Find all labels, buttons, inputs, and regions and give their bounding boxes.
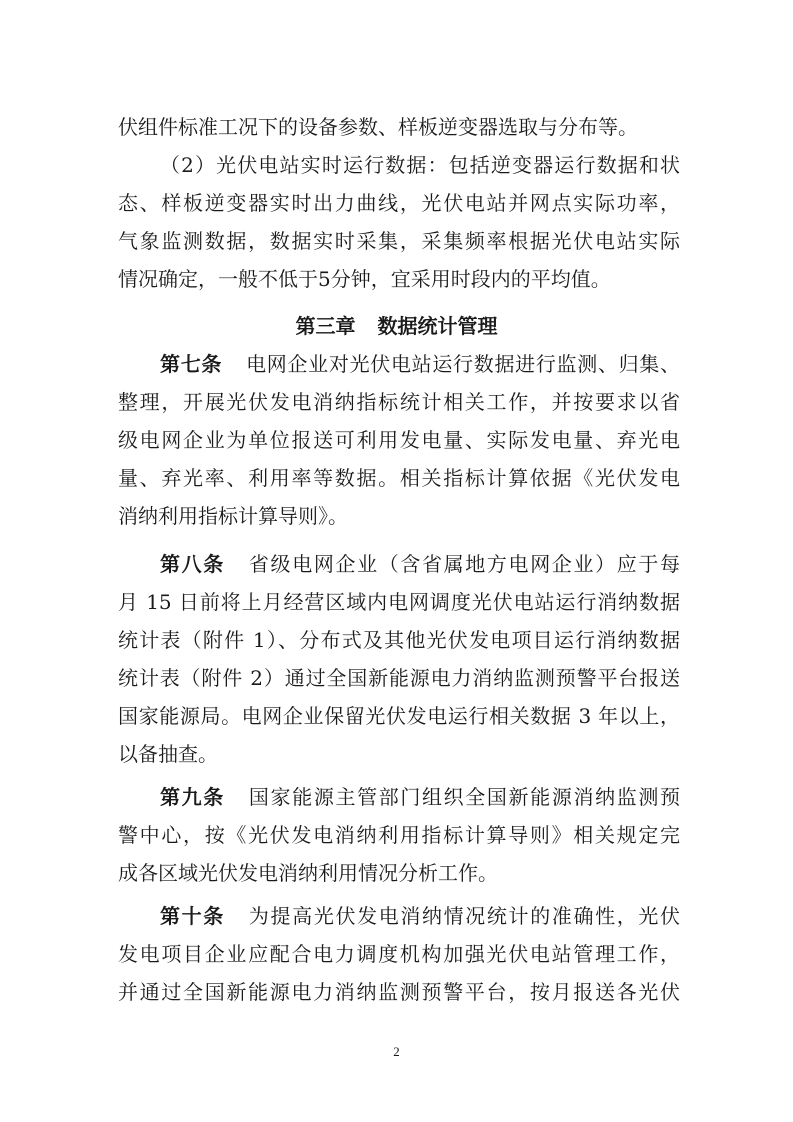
article-label: 第九条	[160, 785, 225, 809]
item-2-line: （2）光伏电站实时运行数据：包括逆变器运行数据和状	[160, 146, 680, 184]
article-7-line: 消纳利用指标计算导则》。	[118, 497, 680, 535]
item-2-line: 气象监测数据，数据实时采集，采集频率根据光伏电站实际	[118, 222, 680, 260]
chapter-title: 数据统计管理	[378, 314, 498, 338]
article-8-line: 统计表（附件 1）、分布式及其他光伏发电项目运行消纳数据	[118, 621, 680, 659]
article-text: 国家能源主管部门组织全国新能源消纳监测预	[249, 785, 680, 809]
article-9-line: 成各区域光伏发电消纳利用情况分析工作。	[118, 854, 680, 892]
page-number: 2	[0, 1044, 793, 1060]
article-text: 电网企业对光伏电站运行数据进行监测、归集、	[246, 352, 680, 376]
article-7-line: 量、弃光率、利用率等数据。相关指标计算依据《光伏发电	[118, 459, 680, 497]
chapter-heading: 第三章数据统计管理	[0, 307, 793, 345]
article-label: 第七条	[160, 352, 222, 376]
chapter-number: 第三章	[296, 314, 356, 338]
paragraph-line: 伏组件标准工况下的设备参数、样板逆变器选取与分布等。	[118, 108, 680, 146]
article-10-first-line: 第十条为提高光伏发电消纳情况统计的准确性，光伏	[160, 897, 680, 935]
article-8-line: 国家能源局。电网企业保留光伏发电运行相关数据 3 年以上，	[118, 697, 680, 735]
article-8-line: 统计表（附件 2）通过全国新能源电力消纳监测预警平台报送	[118, 659, 680, 697]
article-8-first-line: 第八条省级电网企业（含省属地方电网企业）应于每	[160, 545, 680, 583]
article-7-line: 整理，开展光伏发电消纳指标统计相关工作，并按要求以省	[118, 383, 680, 421]
article-7-first-line: 第七条电网企业对光伏电站运行数据进行监测、归集、	[160, 345, 680, 383]
article-9-line: 警中心，按《光伏发电消纳利用指标计算导则》相关规定完	[118, 816, 680, 854]
item-2-line: 情况确定，一般不低于5分钟，宜采用时段内的平均值。	[118, 260, 680, 298]
article-text: 省级电网企业（含省属地方电网企业）应于每	[249, 552, 680, 576]
article-label: 第十条	[160, 904, 225, 928]
article-7-line: 级电网企业为单位报送可利用发电量、实际发电量、弃光电	[118, 421, 680, 459]
article-10-line: 发电项目企业应配合电力调度机构加强光伏电站管理工作，	[118, 935, 680, 973]
article-9-first-line: 第九条国家能源主管部门组织全国新能源消纳监测预	[160, 778, 680, 816]
article-text: 为提高光伏发电消纳情况统计的准确性，光伏	[249, 904, 680, 928]
article-label: 第八条	[160, 552, 225, 576]
article-10-line: 并通过全国新能源电力消纳监测预警平台，按月报送各光伏	[118, 973, 680, 1011]
article-8-line: 月 15 日前将上月经营区域内电网调度光伏电站运行消纳数据	[118, 583, 680, 621]
document-page: 伏组件标准工况下的设备参数、样板逆变器选取与分布等。 （2）光伏电站实时运行数据…	[0, 0, 793, 1122]
item-2-line: 态、样板逆变器实时出力曲线，光伏电站并网点实际功率，	[118, 184, 680, 222]
article-8-line: 以备抽查。	[118, 735, 680, 773]
